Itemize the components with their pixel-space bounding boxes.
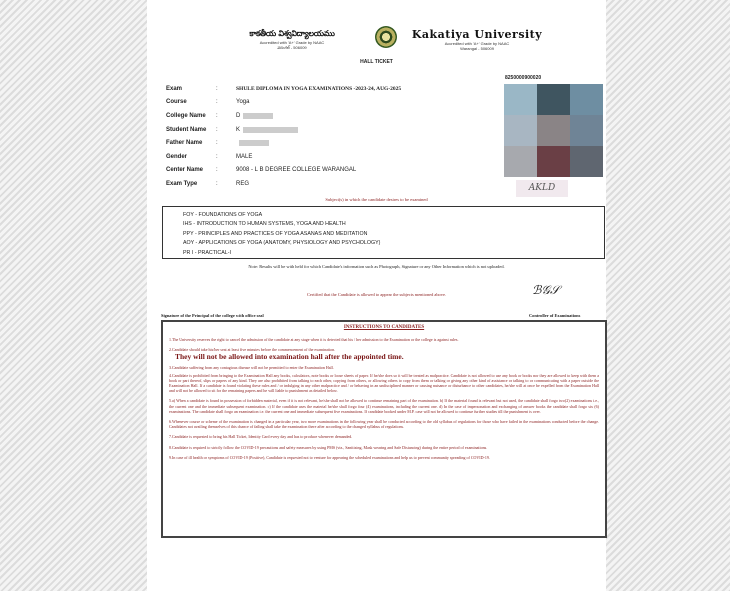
- entry-warning: They will not be allowed into examinatio…: [175, 352, 599, 361]
- field-value: SHULE DIPLOMA IN YOGA EXAMINATIONS -2023…: [236, 86, 401, 92]
- field-value: 9008 - L B DEGREE COLLEGE WARANGAL: [236, 167, 356, 173]
- redacted-value: [243, 127, 298, 133]
- subject-item: AOY - APPLICATIONS OF YOGA (ANATOMY, PHY…: [183, 239, 604, 248]
- photo-block: [570, 84, 603, 115]
- university-name-english: Kakatiya University: [397, 28, 557, 41]
- field-row: Gender:MALE: [166, 150, 401, 164]
- instruction-item: 4.Candidate is prohibited from bringing …: [169, 373, 599, 394]
- field-row: Course:Yoga: [166, 96, 401, 110]
- city-telugu: వరంగల్ - 506009: [217, 45, 367, 50]
- field-label: Exam Type: [166, 181, 216, 187]
- principal-signature-label: Signature of the Principal of the colleg…: [161, 313, 264, 318]
- coe-signature: ℬ𝒢𝒮: [532, 283, 559, 298]
- subject-item: PPY - PRINCIPLES AND PRACTICES OF YOGA A…: [183, 230, 604, 239]
- field-colon: :: [216, 154, 236, 160]
- header-telugu: కాకతీయ విశ్వవిద్యాలయము Accredited with '…: [217, 28, 367, 50]
- instruction-item: 9.In case of ill health or symptoms of C…: [169, 455, 599, 460]
- field-row: Exam:SHULE DIPLOMA IN YOGA EXAMINATIONS …: [166, 82, 401, 96]
- city-english: Warangal - 506009: [397, 46, 557, 51]
- field-row: College Name:D: [166, 109, 401, 123]
- photo-block: [570, 146, 603, 177]
- field-row: Center Name:9008 - L B DEGREE COLLEGE WA…: [166, 164, 401, 178]
- photo-block: [537, 146, 570, 177]
- photo-block: [537, 84, 570, 115]
- field-label: Student Name: [166, 127, 216, 133]
- field-colon: :: [216, 167, 236, 173]
- field-value: MALE: [236, 154, 252, 160]
- field-label: Father Name: [166, 140, 216, 146]
- field-value: REG: [236, 181, 249, 187]
- subject-item: FOY - FOUNDATIONS OF YOGA: [183, 211, 604, 220]
- document-title: HALL TICKET: [147, 59, 606, 65]
- candidate-photo: [504, 84, 603, 177]
- photo-block: [504, 115, 537, 146]
- field-colon: :: [216, 181, 236, 187]
- photo-block: [570, 115, 603, 146]
- field-colon: :: [216, 99, 236, 105]
- field-label: Center Name: [166, 167, 216, 173]
- subject-item: PR I - PRACTICAL-I: [183, 249, 604, 258]
- coe-label: Controller of Examinations: [529, 313, 580, 318]
- field-label: Course: [166, 99, 216, 105]
- field-value: D: [236, 113, 240, 119]
- instruction-item: 8.Candidate is required to strictly foll…: [169, 445, 599, 450]
- subjects-box: FOY - FOUNDATIONS OF YOGAIHS - INTRODUCT…: [162, 206, 605, 259]
- field-row: Exam Type:REG: [166, 177, 401, 191]
- roll-number: 8250000900020: [505, 75, 541, 81]
- university-logo-icon: [375, 26, 397, 48]
- photo-block: [537, 115, 570, 146]
- field-colon: :: [216, 113, 236, 119]
- field-value: K: [236, 127, 240, 133]
- field-row: Father Name:: [166, 136, 401, 150]
- field-label: College Name: [166, 113, 216, 119]
- photo-block: [504, 84, 537, 115]
- candidate-details: Exam:SHULE DIPLOMA IN YOGA EXAMINATIONS …: [166, 82, 401, 191]
- instruction-item: 6.Whenever course or scheme of the exami…: [169, 419, 599, 429]
- photo-block: [504, 146, 537, 177]
- field-colon: :: [216, 86, 236, 92]
- field-row: Student Name:K: [166, 123, 401, 137]
- instruction-item: 1.The University reserves the right to c…: [169, 337, 599, 342]
- field-colon: :: [216, 127, 236, 133]
- header-english: Kakatiya University Accredited with 'A+'…: [397, 28, 557, 51]
- redacted-value: [243, 113, 273, 119]
- instructions-box: INSTRUCTIONS TO CANDIDATES 1.The Univers…: [161, 320, 607, 538]
- subjects-heading: Subject(s) in which the candidate desire…: [147, 197, 606, 202]
- candidate-signature: AKLD: [516, 180, 568, 197]
- results-note: Note: Results will be with held for whic…: [147, 264, 606, 269]
- redacted-value: [239, 140, 269, 146]
- field-label: Exam: [166, 86, 216, 92]
- field-value: Yoga: [236, 99, 249, 105]
- hall-ticket-page: కాకతీయ విశ్వవిద్యాలయము Accredited with '…: [147, 0, 606, 591]
- subject-item: IHS - INTRODUCTION TO HUMAN SYSTEMS, YOG…: [183, 220, 604, 229]
- university-name-telugu: కాకతీయ విశ్వవిద్యాలయము: [217, 28, 367, 40]
- instructions-title: INSTRUCTIONS TO CANDIDATES: [169, 325, 599, 330]
- instruction-item: 3.Candidate suffering from any contagiou…: [169, 365, 599, 370]
- instruction-item: 7.Candidate is requested to bring his Ha…: [169, 434, 599, 439]
- instruction-item: 5.a) When a candidate is found in posses…: [169, 398, 599, 414]
- field-colon: :: [216, 140, 236, 146]
- field-label: Gender: [166, 154, 216, 160]
